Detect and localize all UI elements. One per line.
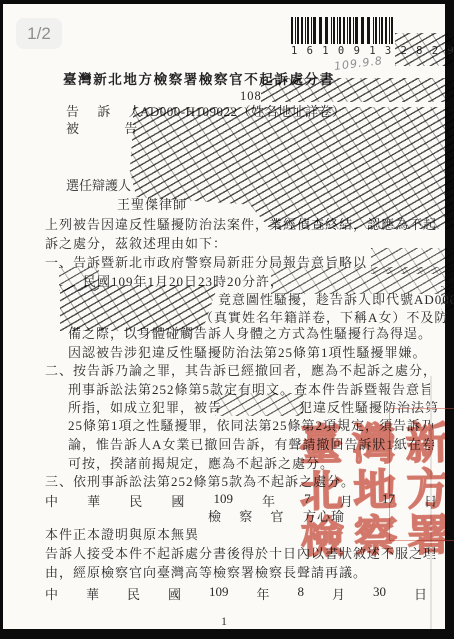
body-line: （真實姓名年籍詳卷，下稱A女）不及防 (200, 310, 448, 325)
body-line: 因認被告涉犯違反性騷擾防治法第25條第1項性騷擾罪嫌。 (68, 345, 427, 360)
date-part: 國 (168, 584, 181, 603)
date-part: 30 (373, 584, 386, 603)
date-part: 年 (256, 584, 269, 603)
body-line: 二、按告訴乃論之罪，其告訴已經撤回者，應為不起訴之處分， (45, 363, 437, 378)
redaction-scribble (271, 267, 454, 294)
date-part: 民 (127, 584, 140, 603)
certification-line: 由，經原檢察官向臺灣高等檢察署檢察長聲請再議。 (45, 565, 367, 580)
seal-character: 新 (400, 422, 454, 469)
date-part: 華 (86, 584, 99, 603)
date-part: 109 (209, 584, 229, 603)
date-part: 月 (332, 584, 345, 603)
date-part: 國 (171, 491, 184, 510)
page-indicator-badge: 1/2 (16, 18, 62, 49)
scanned-document-viewer: 1 6 1 0 9 1 3 2 8 2 9 109.9.8 臺灣新北地方檢察署檢… (0, 0, 454, 639)
date-part: 華 (87, 491, 100, 510)
date-part: 8 (297, 584, 304, 603)
body-line: 訴之處分，茲敘述理由如下： (45, 236, 227, 251)
seal-character: 署 (402, 514, 454, 561)
official-seal: 臺 灣 新 北 地 方 檢 察 署 (294, 422, 454, 563)
date-part: 年 (262, 491, 275, 510)
redaction-scribble (395, 33, 454, 66)
body-line: 所指，如成立犯罪，被告 (68, 400, 222, 415)
prosecutor-label: 檢 察 官 (208, 509, 285, 524)
complainant-label: 告 訴 人 (66, 104, 143, 119)
redaction-scribble (441, 286, 454, 310)
defendant-label: 被 告 (66, 121, 138, 136)
seal-character: 察 (349, 515, 403, 562)
date-part: 109 (213, 491, 233, 510)
redaction-scribble (215, 393, 303, 416)
date-part: 中 (45, 491, 58, 510)
certification-line: 本件正本證明與原本無異 (45, 527, 199, 542)
body-line: 竟意圖性騷擾，趁告訴人即代號AD000- (218, 292, 454, 307)
seal-character: 方 (401, 468, 454, 515)
document-page: 1 6 1 0 9 1 3 2 8 2 9 109.9.8 臺灣新北地方檢察署檢… (3, 4, 445, 629)
date-part: 民 (129, 491, 142, 510)
redaction-scribble (60, 285, 218, 331)
seal-character: 北 (295, 469, 349, 516)
seal-character: 地 (348, 469, 402, 516)
date-part: 日 (414, 584, 427, 603)
defense-counsel-label: 選任辯護人 (66, 178, 131, 193)
served-date-row: 中 華 民 國 109 年 8 月 30 日 (45, 584, 427, 603)
seal-character: 灣 (347, 423, 401, 470)
seal-character: 臺 (294, 423, 348, 470)
case-number: 108 (240, 89, 262, 104)
redaction-scribble (261, 78, 454, 102)
page-number: 1 (3, 614, 445, 629)
date-part: 中 (45, 584, 58, 603)
seal-character: 檢 (295, 515, 349, 562)
